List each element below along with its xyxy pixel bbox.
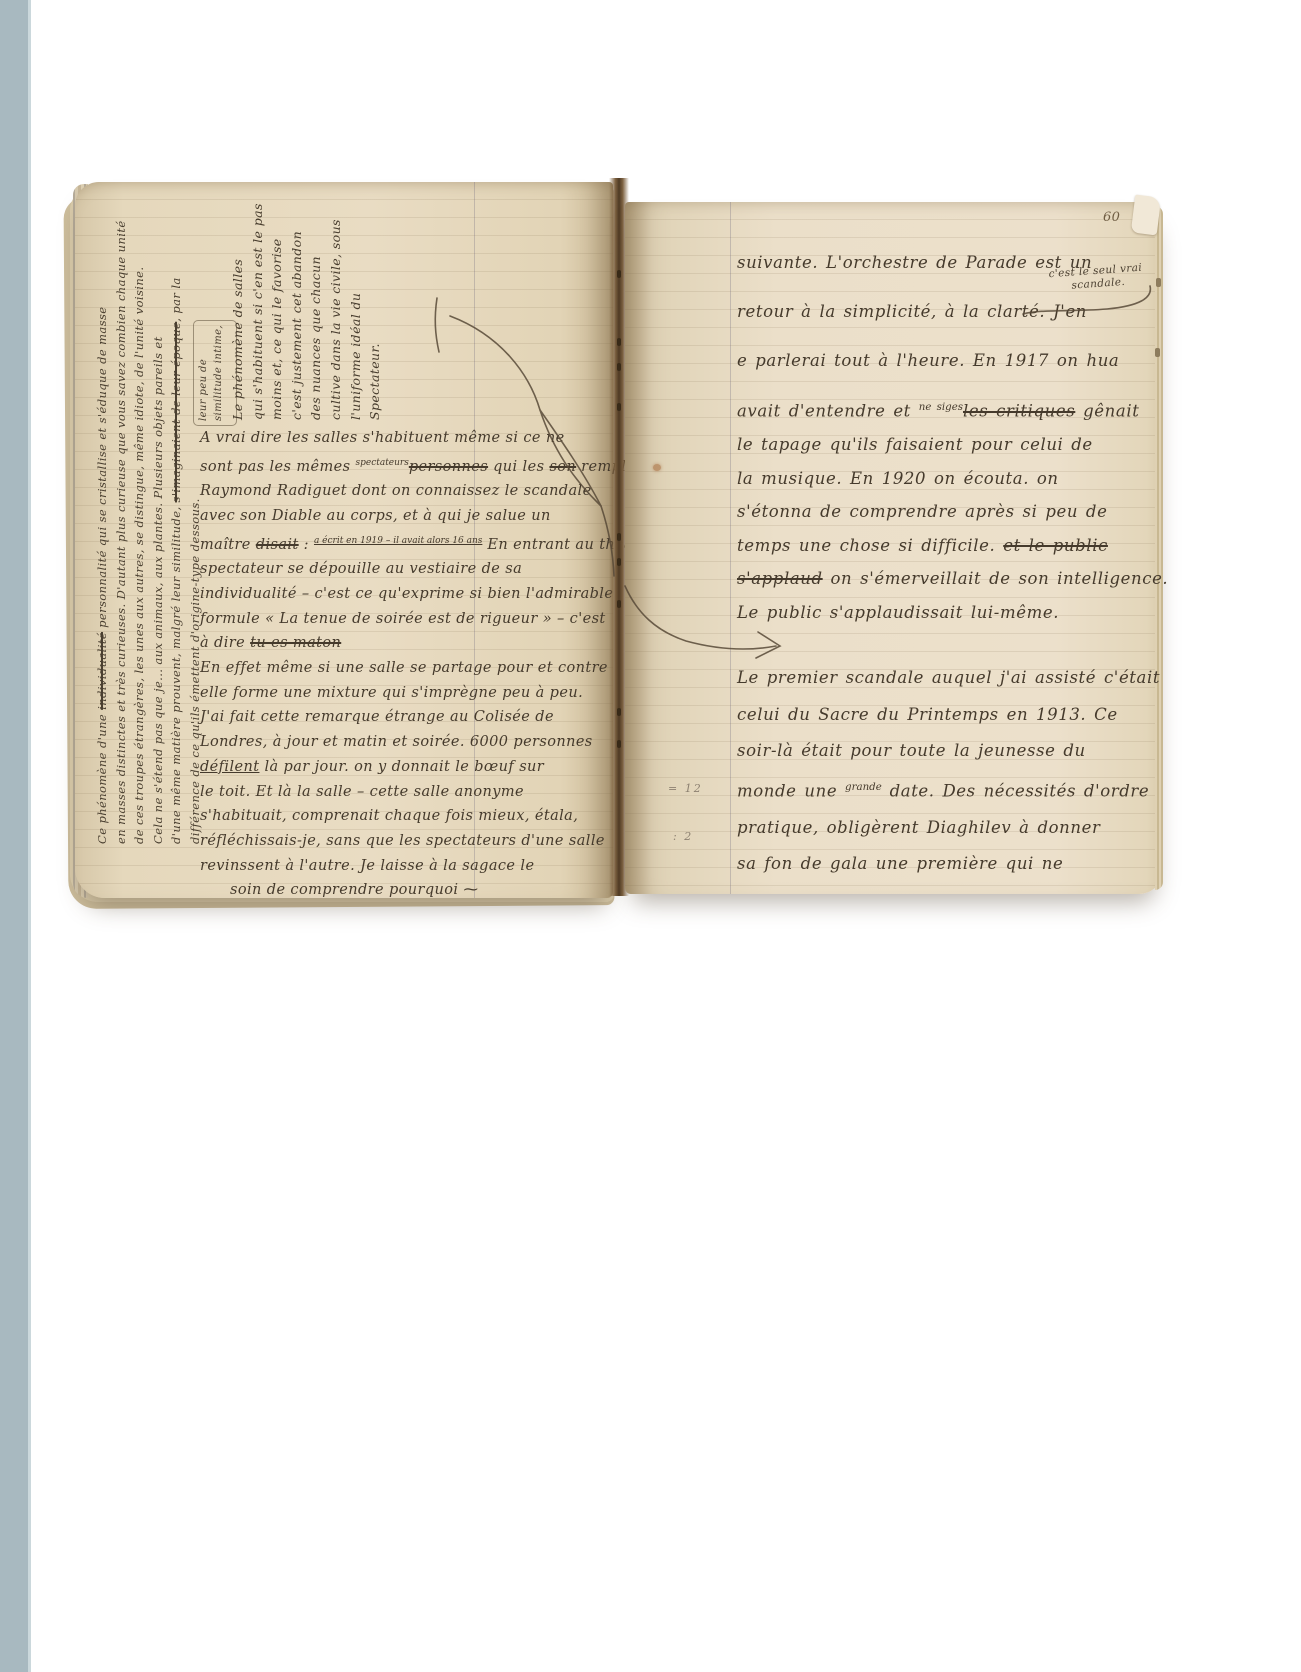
handwritten-line: elle forme une mixture qui s'imprègne pe…: [200, 681, 604, 706]
handwritten-line: maître disait : a écrit en 1919 – il ava…: [200, 529, 604, 558]
handwritten-segment: qui s'habituent si c'en est le pas: [250, 203, 265, 420]
handwritten-segment: soir-là était pour toute la jeunesse du: [737, 741, 1086, 760]
handwritten-line: des nuances que chacun: [306, 198, 326, 420]
stitch-thread: [617, 740, 621, 748]
handwritten-line: avait d'entendre et ne sigesles critique…: [737, 391, 1168, 428]
handwritten-segment: de ces troupes étrangères, les unes aux …: [132, 267, 146, 844]
handwritten-segment: et le public: [1003, 536, 1108, 555]
handwritten-segment: la musique. En 1920 on écouta. on: [737, 469, 1059, 488]
handwritten-segment: temps une chose si difficile.: [737, 536, 1003, 555]
handwritten-line: revinssent à l'autre. Je laisse à la sag…: [200, 854, 604, 879]
handwritten-segment: grande: [845, 782, 882, 793]
handwritten-segment: revinssent à l'autre. Je laisse à la sag…: [200, 858, 534, 874]
right-paragraph-1: suivante. L'orchestre de Parade est unre…: [737, 238, 1119, 385]
handwritten-segment: retour à la simplicité, à la clarté. J'e…: [737, 302, 1087, 321]
handwritten-segment: :: [299, 536, 314, 552]
handwritten-segment: , par la: [169, 277, 183, 321]
right-page-content: 60 c'est le seul vraiscandale. suivante.…: [625, 202, 1163, 894]
stitch-thread: [617, 600, 621, 608]
handwritten-segment: réfléchissais-je, sans que les spectateu…: [200, 833, 605, 849]
handwritten-line: le toit. Et là la salle – cette salle an…: [200, 780, 604, 805]
handwritten-segment: qui les: [488, 459, 549, 475]
handwritten-segment: sa fon de gala une première qui ne: [737, 854, 1063, 873]
handwritten-segment: Raymond Radiguet dont on connaissez le s…: [200, 483, 592, 499]
handwritten-segment: son: [549, 459, 576, 475]
handwritten-segment: le toit. Et là la salle – cette salle an…: [200, 784, 524, 800]
handwritten-segment: suivante. L'orchestre de Parade est un: [737, 253, 1092, 272]
notebook-right-page: 60 c'est le seul vraiscandale. suivante.…: [625, 202, 1163, 894]
handwritten-line: monde une grande date. Des nécessités d'…: [737, 770, 1160, 810]
handwritten-line: A vrai dire les salles s'habituent même …: [200, 426, 604, 451]
handwritten-segment: c'est justement cet abandon: [289, 231, 304, 420]
handwritten-line: moins et, ce qui le favorise: [267, 198, 287, 420]
handwritten-segment: Spectateur.: [367, 343, 382, 420]
handwritten-segment: gênait: [1075, 402, 1139, 421]
handwritten-segment: J'ai fait cette remarque étrange au Coli…: [200, 709, 554, 725]
page-number: 60: [1103, 210, 1120, 225]
right-paragraph-2: avait d'entendre et ne sigesles critique…: [737, 391, 1168, 629]
notebook-photo: Ce phénomène d'une individualité personn…: [73, 168, 1165, 900]
handwritten-line: Ce phénomène d'une individualité personn…: [93, 198, 112, 844]
handwritten-segment: personnalité qui se cristallise et s'édu…: [95, 307, 109, 632]
handwritten-segment: sont pas les mêmes: [200, 459, 356, 475]
handwritten-line: s'habituait, comprenait chaque fois mieu…: [200, 804, 604, 829]
handwritten-segment: défilent: [200, 759, 259, 775]
handwritten-segment: disait: [256, 536, 299, 552]
handwritten-line: En effet même si une salle se partage po…: [200, 656, 604, 681]
handwritten-line: Le premier scandale auquel j'ai assisté …: [737, 660, 1160, 697]
handwritten-segment: date. Des nécessités d'ordre: [882, 781, 1150, 800]
handwritten-line: réfléchissais-je, sans que les spectateu…: [200, 829, 604, 854]
handwritten-segment: s'habituait, comprenait chaque fois mieu…: [200, 808, 578, 824]
handwritten-line: s'étonna de comprendre après si peu de: [737, 495, 1168, 529]
handwritten-line: similitude intime,: [211, 325, 226, 421]
handwritten-line: s'applaud on s'émerveillait de son intel…: [737, 562, 1168, 596]
handwritten-segment: ne siges: [919, 402, 963, 413]
handwritten-segment: leur peu de: [198, 359, 209, 421]
handwritten-segment: Londres, à jour et matin et soirée. 6000…: [200, 734, 593, 750]
handwritten-line: temps une chose si difficile. et le publ…: [737, 529, 1168, 563]
handwritten-segment: A vrai dire les salles s'habituent même …: [200, 430, 565, 446]
handwritten-segment: moins et, ce qui le favorise: [269, 238, 284, 420]
handwritten-segment: on s'émerveillait de son intelligence.: [823, 569, 1169, 588]
handwritten-line: sont pas les mêmes spectateurspersonnes …: [200, 451, 604, 480]
handwritten-line: cultive dans la vie civile, sous: [326, 198, 346, 420]
handwritten-segment: s'imaginaient de leur époque: [169, 322, 183, 503]
handwritten-segment: En effet même si une salle se partage po…: [200, 660, 608, 676]
handwritten-line: en masses distinctes et très curieuses. …: [112, 198, 131, 844]
handwritten-segment: à dire: [200, 635, 250, 651]
stitch-thread: [617, 338, 621, 346]
handwritten-segment: cultive dans la vie civile, sous: [328, 219, 343, 420]
handwritten-line: suivante. L'orchestre de Parade est un: [737, 238, 1119, 287]
handwritten-segment: pratique, obligèrent Diaghilev à donner: [737, 818, 1100, 837]
handwritten-segment: a écrit en 1919 – il avait alors 16 ans: [314, 536, 482, 546]
handwritten-segment: en masses distinctes et très curieuses. …: [114, 220, 128, 844]
handwritten-segment: similitude intime,: [213, 325, 224, 421]
top-annotation-block: Le phénomène de sallesqui s'habituent si…: [228, 198, 386, 420]
handwritten-segment: e parlerai tout à l'heure. En 1917 on hu…: [737, 351, 1119, 370]
handwritten-segment: soin de comprendre pourquoi ⁓: [230, 882, 478, 898]
left-margin-vertical-text: Ce phénomène d'une individualité personn…: [93, 198, 207, 844]
stitch-thread: [617, 403, 621, 411]
handwritten-segment: celui du Sacre du Printemps en 1913. Ce: [737, 705, 1118, 724]
handwritten-line: e parlerai tout à l'heure. En 1917 on hu…: [737, 336, 1119, 385]
handwritten-line: sa fon de gala une première qui ne: [737, 846, 1160, 883]
handwritten-line: de ces troupes étrangères, les unes aux …: [130, 198, 149, 844]
left-color-strip-edge: [28, 0, 31, 1672]
handwritten-segment: des nuances que chacun: [308, 256, 323, 420]
handwritten-line: défilent là par jour. on y donnait le bœ…: [200, 755, 604, 780]
handwritten-line: soir-là était pour toute la jeunesse du: [737, 733, 1160, 770]
handwritten-segment: le tapage qu'ils faisaient pour celui de: [737, 435, 1093, 454]
handwritten-line: Le phénomène de salles: [228, 198, 248, 420]
handwritten-segment: là par jour. on y donnait le bœuf sur: [259, 759, 544, 775]
handwritten-line: J'ai fait cette remarque étrange au Coli…: [200, 705, 604, 730]
handwritten-segment: Ce phénomène d'une: [95, 710, 109, 844]
handwritten-segment: monde une: [737, 781, 845, 800]
handwritten-line: qui s'habituent si c'en est le pas: [248, 198, 268, 420]
stitch-thread: [617, 270, 621, 278]
handwritten-segment: spectateurs: [356, 458, 409, 468]
handwritten-segment: avait d'entendre et: [737, 402, 919, 421]
stitch-thread: [617, 558, 621, 566]
handwritten-segment: Le phénomène de salles: [230, 259, 245, 420]
handwritten-segment: personnes: [409, 459, 488, 475]
handwritten-segment: s'étonna de comprendre après si peu de: [737, 502, 1107, 521]
handwritten-line: formule « La tenue de soirée est de rigu…: [200, 607, 604, 632]
photo-background: Ce phénomène d'une individualité personn…: [0, 0, 1301, 1672]
handwritten-line: la musique. En 1920 on écouta. on: [737, 462, 1168, 496]
handwritten-line: spectateur se dépouille au vestiaire de …: [200, 557, 604, 582]
handwritten-segment: Le public s'applaudissait lui-même.: [737, 603, 1059, 622]
handwritten-line: Cela ne s'étend pas que je... aux animau…: [149, 198, 168, 844]
handwritten-line: retour à la simplicité, à la clarté. J'e…: [737, 287, 1119, 336]
stitch-thread: [617, 533, 621, 541]
stitch-thread: [617, 363, 621, 371]
pencil-mark-2: : 2: [673, 830, 693, 843]
handwritten-line: c'est justement cet abandon: [287, 198, 307, 420]
handwritten-segment: avec son Diable au corps, et à qui je sa…: [200, 508, 551, 524]
handwritten-segment: Cela ne s'étend pas que je... aux animau…: [151, 336, 165, 844]
handwritten-line: d'une même matière prouvent, malgré leur…: [167, 198, 186, 844]
right-paragraph-3: Le premier scandale auquel j'ai assisté …: [737, 660, 1160, 883]
handwritten-line: soin de comprendre pourquoi ⁓: [200, 878, 604, 903]
handwritten-segment: s'applaud: [737, 569, 823, 588]
handwritten-segment: l'uniforme idéal du: [348, 293, 363, 420]
handwritten-line: celui du Sacre du Printemps en 1913. Ce: [737, 697, 1160, 734]
handwritten-segment: maître: [200, 536, 256, 552]
handwritten-line: l'uniforme idéal du: [346, 198, 366, 420]
handwritten-line: Raymond Radiguet dont on connaissez le s…: [200, 479, 604, 504]
handwritten-segment: elle forme une mixture qui s'imprègne pe…: [200, 685, 583, 701]
handwritten-segment: les critiques: [963, 402, 1075, 421]
handwritten-segment: individualité – c'est ce qu'exprime si b…: [200, 586, 613, 602]
left-main-text: A vrai dire les salles s'habituent même …: [200, 426, 604, 903]
handwritten-segment: spectateur se dépouille au vestiaire de …: [200, 561, 522, 577]
handwritten-segment: individualité: [95, 632, 109, 710]
handwritten-segment: d'une même matière prouvent, malgré leur…: [169, 502, 183, 844]
handwritten-line: individualité – c'est ce qu'exprime si b…: [200, 582, 604, 607]
handwritten-segment: formule « La tenue de soirée est de rigu…: [200, 611, 606, 627]
handwritten-line: à dire tu es maton: [200, 631, 604, 656]
handwritten-line: Londres, à jour et matin et soirée. 6000…: [200, 730, 604, 755]
left-color-strip: [0, 0, 31, 1672]
handwritten-segment: tu es maton: [250, 635, 341, 651]
handwritten-line: pratique, obligèrent Diaghilev à donner: [737, 810, 1160, 847]
stitch-thread: [617, 708, 621, 716]
handwritten-line: avec son Diable au corps, et à qui je sa…: [200, 504, 604, 529]
handwritten-line: Le public s'applaudissait lui-même.: [737, 596, 1168, 630]
handwritten-line: leur peu de: [196, 325, 211, 421]
handwritten-line: le tapage qu'ils faisaient pour celui de: [737, 428, 1168, 462]
handwritten-segment: Le premier scandale auquel j'ai assisté …: [737, 668, 1160, 687]
handwritten-line: Spectateur.: [365, 198, 385, 420]
pencil-mark-1: = 12: [668, 782, 703, 795]
